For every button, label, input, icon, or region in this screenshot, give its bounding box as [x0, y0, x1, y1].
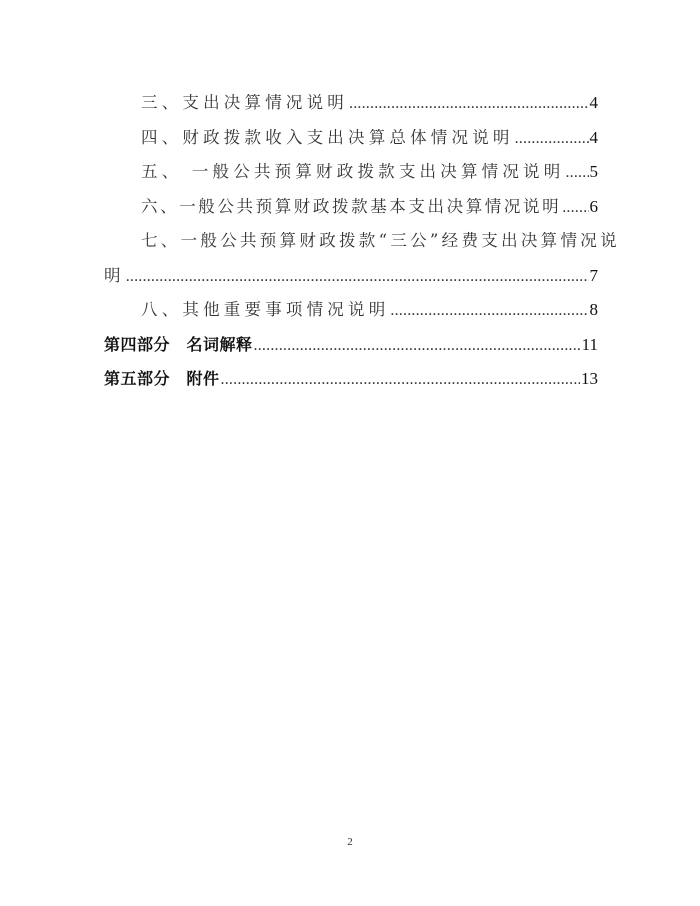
table-of-contents: 三、支出决算情况说明 4 四、财政拨款收入支出决算总体情况说明 4 五、 一般公…: [104, 86, 598, 397]
toc-entry-label: 四、财政拨款收入支出决算总体情况说明: [141, 121, 514, 156]
toc-entry-page: 4: [590, 121, 599, 156]
toc-entry-page: 4: [590, 86, 599, 121]
dot-leader: [126, 260, 589, 295]
dot-leader: [390, 294, 588, 329]
toc-entry-label: 六、一般公共预算财政拨款基本支出决算情况说明: [141, 190, 561, 225]
document-page: 三、支出决算情况说明 4 四、财政拨款收入支出决算总体情况说明 4 五、 一般公…: [0, 0, 700, 906]
toc-entry-label: 第五部分 附件: [104, 362, 220, 397]
dot-leader: [349, 87, 589, 122]
toc-entry-page: 7: [590, 259, 599, 294]
dot-leader: [562, 191, 588, 226]
toc-entry-label: 七、一般公共预算财政拨款“三公”经费支出决算情况说: [141, 224, 620, 259]
toc-entry-section-8[interactable]: 八、其他重要事项情况说明 8: [104, 293, 598, 328]
toc-entry-section-3[interactable]: 三、支出决算情况说明 4: [104, 86, 598, 121]
toc-entry-part-4[interactable]: 第四部分 名词解释 11: [104, 328, 598, 363]
dot-leader: [221, 363, 580, 398]
toc-entry-label-continuation: 明: [104, 259, 125, 294]
toc-entry-label: 第四部分 名词解释: [104, 328, 253, 363]
toc-entry-label: 三、支出决算情况说明: [141, 86, 348, 121]
toc-entry-section-6[interactable]: 六、一般公共预算财政拨款基本支出决算情况说明 6: [104, 190, 598, 225]
toc-entry-page: 8: [590, 293, 599, 328]
toc-entry-page: 5: [590, 155, 599, 190]
toc-entry-label: 五、 一般公共预算财政拨款支出决算情况说明: [141, 155, 564, 190]
toc-entry-part-5[interactable]: 第五部分 附件 13: [104, 362, 598, 397]
toc-entry-page: 11: [582, 328, 598, 363]
toc-entry-section-4[interactable]: 四、财政拨款收入支出决算总体情况说明 4: [104, 121, 598, 156]
dot-leader: [515, 122, 589, 157]
toc-entry-page: 6: [590, 190, 599, 225]
toc-entry-label: 八、其他重要事项情况说明: [141, 293, 389, 328]
toc-entry-section-7[interactable]: 七、一般公共预算财政拨款“三公”经费支出决算情况说: [104, 224, 598, 259]
toc-entry-page: 13: [581, 362, 598, 397]
toc-entry-section-5[interactable]: 五、 一般公共预算财政拨款支出决算情况说明 5: [104, 155, 598, 190]
page-number: 2: [0, 836, 700, 848]
toc-entry-section-7-continuation[interactable]: 明 7: [104, 259, 598, 294]
dot-leader: [565, 156, 588, 191]
dot-leader: [254, 329, 581, 364]
